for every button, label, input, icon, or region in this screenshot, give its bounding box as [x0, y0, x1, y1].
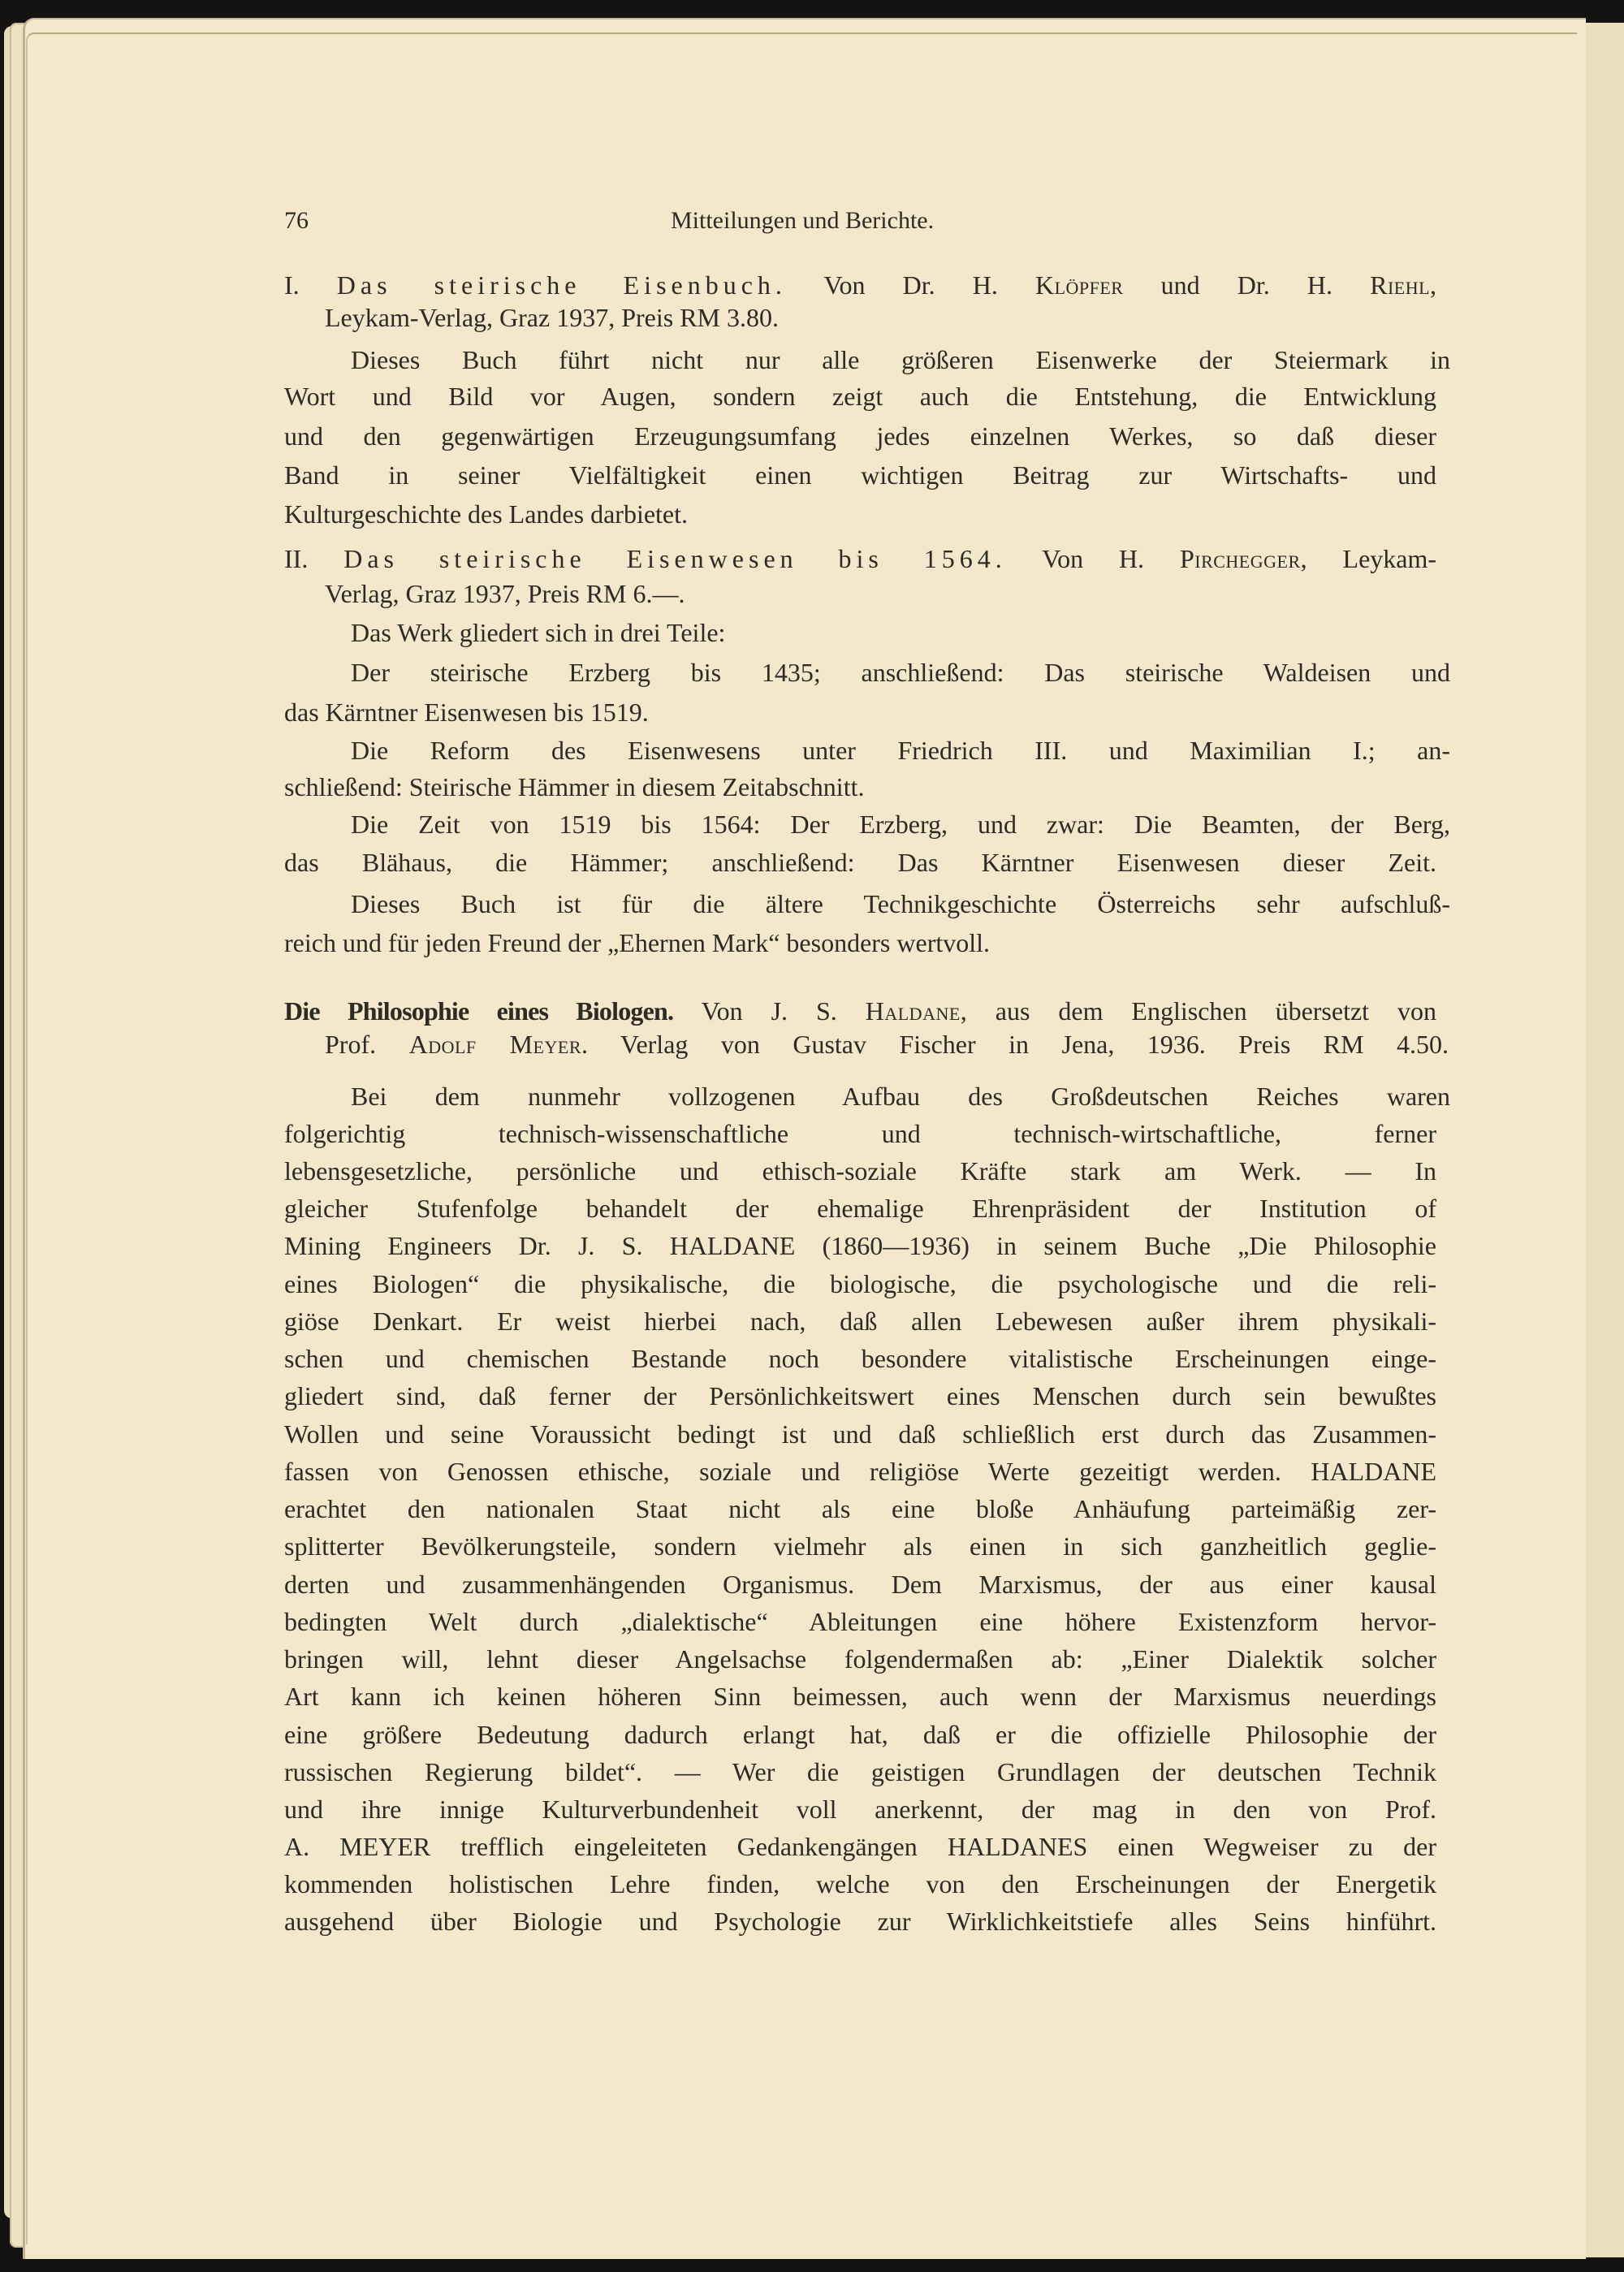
review-2-author: Pirchegger [1180, 544, 1301, 573]
review-3-body-line: fassen von Genossen ethische, soziale un… [284, 1455, 1436, 1488]
review-1-by: Von Dr. H. [823, 270, 997, 300]
review-2-body-line: das Blähaus, die Hämmer; anschließend: D… [284, 846, 1436, 879]
running-header: Mitteilungen und Berichte. [671, 205, 934, 237]
review-3-body-line: Art kann ich keinen höheren Sinn beimess… [284, 1680, 1436, 1713]
review-1-author-1: Klöpfer [1035, 270, 1124, 300]
review-1-comma: , [1430, 270, 1436, 300]
review-3-body-line: lebensgesetzliche, persönliche und ethis… [284, 1155, 1436, 1187]
review-3-heading: Die Philosophie eines Biologen. Von J. S… [284, 995, 1436, 1027]
review-2-body-line: das Kärntner Eisenwesen bis 1519. [284, 696, 649, 728]
review-1-body-line: Dieses Buch führt nicht nur alle größere… [351, 343, 1450, 376]
review-2-by: Von H. [1042, 544, 1144, 573]
review-3-body-line: und ihre innige Kulturverbundenheit voll… [284, 1793, 1436, 1825]
review-3-body-line: gliedert sind, daß ferner der Persönlich… [284, 1380, 1436, 1412]
review-2-suffix: , Leykam- [1301, 544, 1436, 573]
review-1-author-2: Riehl [1370, 270, 1430, 300]
review-3-rest: , aus dem Englischen übersetzt von [961, 996, 1436, 1026]
review-1-numeral: I. [284, 270, 300, 300]
review-2-body-line: schließend: Steirische Hämmer in diesem … [284, 771, 864, 803]
review-1-body-line: Kulturgeschichte des Landes darbietet. [284, 498, 688, 530]
review-3-author: Haldane [866, 996, 961, 1026]
review-3-body-line: derten und zusammenhängenden Organismus.… [284, 1568, 1436, 1600]
review-3-translator: Adolf Meyer [409, 1030, 581, 1059]
review-3-body-line: giöse Denkart. Er weist hierbei nach, da… [284, 1305, 1436, 1337]
review-2-heading-line-2: Verlag, Graz 1937, Preis RM 6.—. [325, 577, 685, 610]
review-1-body-line: Band in seiner Vielfältigkeit einen wich… [284, 459, 1436, 491]
review-1-body-line: Wort und Bild vor Augen, sondern zeigt a… [284, 380, 1436, 413]
page-number: 76 [284, 205, 309, 237]
review-1-body-line: und den gegenwärtigen Erzeugungsumfang j… [284, 420, 1436, 452]
review-3-body-line: erachtet den nationalen Staat nicht als … [284, 1492, 1436, 1525]
review-2-body-line: Dieses Buch ist für die ältere Technikge… [351, 888, 1450, 920]
review-1-and: und Dr. H. [1161, 270, 1332, 300]
review-3-publisher: . Verlag von Gustav Fischer in Jena, 193… [581, 1030, 1449, 1059]
review-2-body-line: Die Zeit von 1519 bis 1564: Der Erzberg,… [351, 808, 1450, 840]
review-3-body-line: ausgehend über Biologie und Psychologie … [284, 1905, 1436, 1937]
review-3-body-line: eine größere Bedeutung dadurch erlangt h… [284, 1718, 1436, 1751]
review-3-body-line: kommenden holistischen Lehre finden, wel… [284, 1868, 1436, 1900]
review-3-body-line: folgerichtig technisch-wissenschaftliche… [284, 1117, 1436, 1150]
review-3-body-line: russischen Regierung bildet“. — Wer die … [284, 1756, 1436, 1788]
review-3-heading-line-2: Prof. Adolf Meyer. Verlag von Gustav Fis… [325, 1028, 1449, 1060]
review-2-body-line: Die Reform des Eisenwesens unter Friedri… [351, 734, 1450, 767]
review-1-heading: I. Das steirische Eisenbuch. Von Dr. H. … [284, 269, 1436, 301]
review-3-body-line: bringen will, lehnt dieser Angelsachse f… [284, 1643, 1436, 1675]
review-3-body-line: gleicher Stufenfolge behandelt der ehema… [284, 1192, 1436, 1225]
review-3-body-line: A. MEYER trefflich eingeleiteten Gedanke… [284, 1830, 1436, 1863]
review-3-by: Von J. S. [702, 996, 837, 1026]
review-3-body-line: splitterter Bevölkerungsteile, sondern v… [284, 1530, 1436, 1562]
review-1-title: Das steirische Eisenbuch. [337, 270, 787, 300]
review-2-title: Das steirische Eisenwesen bis 1564. [343, 544, 1007, 573]
review-3-body-line: bedingten Welt durch „dialektische“ Able… [284, 1605, 1436, 1638]
review-3-body-line: Bei dem nunmehr vollzogenen Aufbau des G… [351, 1080, 1450, 1112]
review-2-body-line: reich und für jeden Freund der „Ehernen … [284, 927, 990, 959]
review-2-numeral: II. [284, 544, 308, 573]
review-1-heading-line-2: Leykam-Verlag, Graz 1937, Preis RM 3.80. [325, 301, 779, 334]
review-3-body-line: Wollen und seine Voraussicht bedingt ist… [284, 1418, 1436, 1450]
review-3-body-line: schen und chemischen Bestande noch beson… [284, 1342, 1436, 1375]
review-3-prof: Prof. [325, 1030, 376, 1059]
review-2-body-line: Der steirische Erzberg bis 1435; anschli… [351, 656, 1450, 689]
review-2-body-line: Das Werk gliedert sich in drei Teile: [351, 616, 725, 649]
review-2-heading: II. Das steirische Eisenwesen bis 1564. … [284, 542, 1436, 575]
review-3-body-line: Mining Engineers Dr. J. S. HALDANE (1860… [284, 1229, 1436, 1262]
review-3-title: Die Philosophie eines Biologen. [284, 996, 673, 1026]
review-3-body-line: eines Biologen“ die physikalische, die b… [284, 1268, 1436, 1300]
